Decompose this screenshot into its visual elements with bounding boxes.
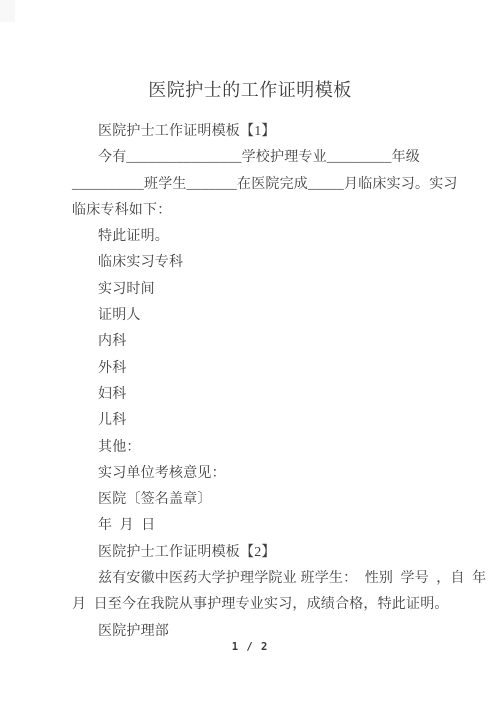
doc-line-certifier: 证明人 (72, 303, 462, 329)
doc-line-pediatrics: 儿科 (72, 408, 462, 434)
doc-line-template1-heading: 医院护士工作证明模板【1】 (72, 119, 462, 145)
doc-line-internship-time: 实习时间 (72, 277, 462, 303)
doc-line-hereby-certify: 特此证明。 (72, 224, 462, 250)
doc-line-clinical-specialty: 临床实习专科 (72, 250, 462, 276)
doc-line-fill-in-school: 今有________________学校护理专业_________年级 (72, 145, 462, 171)
document-page: 医院护士的工作证明模板 医院护士工作证明模板【1】 今有____________… (0, 0, 500, 708)
document-body: 医院护士工作证明模板【1】 今有________________学校护理专业__… (72, 119, 462, 645)
doc-line-hospital-seal: 医院〔签名盖章〕 (72, 487, 462, 513)
doc-line-unit-appraisal: 实习单位考核意见： (72, 461, 462, 487)
doc-line-template2-body1: 兹有安徽中医药大学护理学院业 班学生： 性别 学号 ，自 年 (72, 566, 462, 592)
scan-corner-artifact (0, 0, 15, 22)
doc-line-fill-in-class: __________班学生_______在医院完成_____月临床实习。实习 (72, 172, 462, 198)
doc-line-template2-body2: 月 日至今在我院从事护理专业实习，成绩合格，特此证明。 (72, 592, 462, 618)
document-title: 医院护士的工作证明模板 (0, 76, 500, 104)
doc-line-template2-heading: 医院护士工作证明模板【2】 (72, 540, 462, 566)
doc-line-internal-medicine: 内科 (72, 329, 462, 355)
doc-line-other: 其他： (72, 435, 462, 461)
doc-line-clinical-intro: 临床专科如下： (72, 198, 462, 224)
doc-line-date: 年 月 日 (72, 513, 462, 539)
page-number: 1 / 2 (0, 641, 500, 657)
doc-line-gynecology: 妇科 (72, 382, 462, 408)
doc-line-surgery: 外科 (72, 356, 462, 382)
